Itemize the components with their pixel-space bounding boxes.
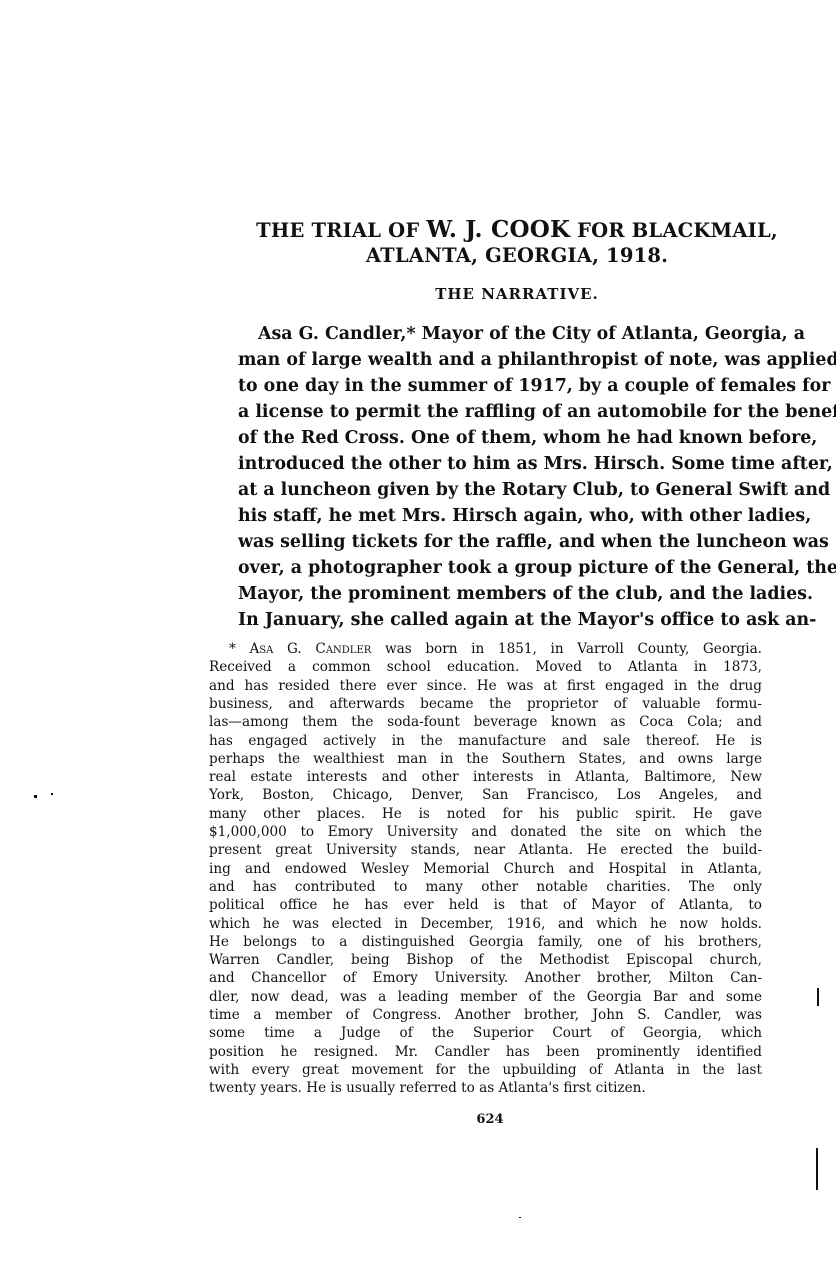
footnote-line: with every great movement for the upbuil… (209, 1062, 762, 1078)
footnote-line: twenty years. He is usually referred to … (209, 1080, 762, 1096)
narrative-line: Asa G. Candler,* Mayor of the City of At… (238, 324, 791, 344)
footnote-line: political office he has ever held is tha… (209, 897, 762, 913)
footnote-line: time a member of Congress. Another broth… (209, 1007, 762, 1023)
page-title-line-2: ATLANTA, GEORGIA, 1918. (200, 244, 834, 267)
footnote-line: many other places. He is noted for his p… (209, 806, 762, 822)
footnote-line: ing and endowed Wesley Memorial Church a… (209, 861, 762, 877)
footnote-line: has engaged actively in the manufacture … (209, 733, 762, 749)
footnote-line: and has resided there ever since. He was… (209, 678, 762, 694)
scan-edge-mark (816, 1148, 818, 1190)
footnote-line: and Chancellor of Emory University. Anot… (209, 970, 762, 986)
footnote-line: business, and afterwards became the prop… (209, 696, 762, 712)
footnote-line: York, Boston, Chicago, Denver, San Franc… (209, 787, 762, 803)
narrative-line: over, a photographer took a group pictur… (238, 558, 791, 578)
footnote-line: real estate interests and other interest… (209, 769, 762, 785)
footnote-name: Asa G. Candler (249, 641, 371, 657)
narrative-line: In January, she called again at the Mayo… (238, 610, 791, 630)
narrative-line: of the Red Cross. One of them, whom he h… (238, 428, 791, 448)
page-number: 624 (460, 1112, 520, 1127)
footnote-line: dler, now dead, was a leading member of … (209, 989, 762, 1005)
footnote-line: He belongs to a distinguished Georgia fa… (209, 934, 762, 950)
section-heading: THE NARRATIVE. (200, 285, 834, 303)
document-page: THE TRIAL OF W. J. COOK FOR BLACKMAIL, A… (0, 0, 836, 1284)
footnote-line: Received a common school education. Move… (209, 659, 762, 675)
title-text: THE TRIAL OF (256, 219, 426, 242)
scan-speck (34, 795, 37, 798)
footnote-line: which he was elected in December, 1916, … (209, 916, 762, 932)
narrative-line: to one day in the summer of 1917, by a c… (238, 376, 791, 396)
narrative-line: Mayor, the prominent members of the club… (238, 584, 791, 604)
scan-edge-mark (817, 988, 819, 1006)
footnote-line: $1,000,000 to Emory University and donat… (209, 824, 762, 840)
narrative-line: his staff, he met Mrs. Hirsch again, who… (238, 506, 791, 526)
narrative-line: introduced the other to him as Mrs. Hirs… (238, 454, 791, 474)
footnote-line: * Asa G. Candler was born in 1851, in Va… (209, 641, 762, 657)
footnote-line: position he resigned. Mr. Candler has be… (209, 1044, 762, 1060)
title-defendant-name: W. J. COOK (426, 216, 570, 243)
footnote-line: some time a Judge of the Superior Court … (209, 1025, 762, 1041)
title-text-end: FOR BLACKMAIL, (570, 219, 778, 242)
footnote-line: perhaps the wealthiest man in the Southe… (209, 751, 762, 767)
scan-speck (519, 1217, 521, 1218)
footnote-text: was born in 1851, in Varroll County, Geo… (371, 641, 762, 657)
narrative-line: was selling tickets for the raffle, and … (238, 532, 791, 552)
footnote-line: and has contributed to many other notabl… (209, 879, 762, 895)
footnote-line: las—among them the soda-fount beverage k… (209, 714, 762, 730)
page-title-line-1: THE TRIAL OF W. J. COOK FOR BLACKMAIL, (200, 216, 834, 243)
scan-speck (51, 793, 53, 795)
narrative-line: a license to permit the raffling of an a… (238, 402, 791, 422)
narrative-line: man of large wealth and a philanthropist… (238, 350, 791, 370)
footnote-marker: * (229, 641, 236, 657)
narrative-line: at a luncheon given by the Rotary Club, … (238, 480, 791, 500)
footnote-line: Warren Candler, being Bishop of the Meth… (209, 952, 762, 968)
footnote-line: present great University stands, near At… (209, 842, 762, 858)
